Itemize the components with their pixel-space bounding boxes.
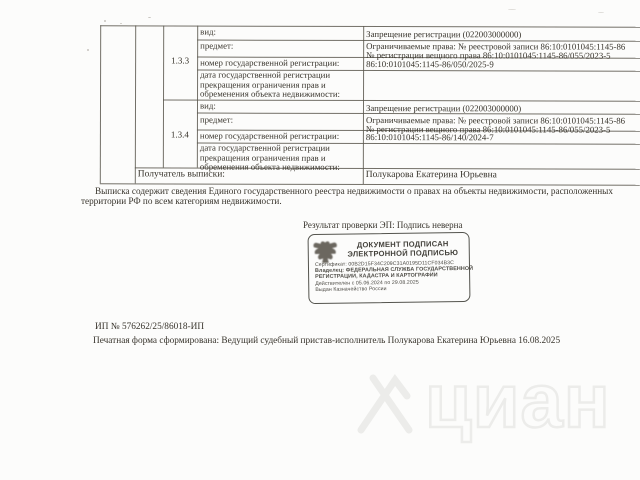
- row-index: 1.3.3: [163, 55, 197, 65]
- table-border: [163, 25, 164, 167]
- field-value-vid: Запрещение регистрации (022003000000): [366, 29, 521, 39]
- field-label-predmet: предмет:: [200, 116, 360, 126]
- table-border: [197, 26, 198, 168]
- scan-speck: [87, 49, 89, 51]
- stamp-owner-line2: РЕГИСТРАЦИИ, КАДАСТРА И КАРТОГРАФИИ: [315, 272, 438, 280]
- scan-speck: [120, 23, 122, 24]
- field-value-nomer: 86:10:0101045:1145-86/140/2024-7: [366, 132, 494, 142]
- field-label-data: дата государственной регистрации прекращ…: [200, 71, 360, 100]
- row-index: 1.3.4: [163, 129, 197, 139]
- field-label-predmet: предмет:: [200, 42, 360, 52]
- field-label-nomer: номер государственной регистрации:: [200, 132, 360, 142]
- field-label-data: дата государственной регистрации прекращ…: [200, 144, 360, 173]
- scanned-document-page: 1.3.3 вид: Запрещение регистрации (02200…: [0, 0, 640, 480]
- table-border: [135, 25, 136, 183]
- scan-speck: [104, 20, 106, 22]
- enforcement-case-number: ИП № 576262/25/86018-ИП: [95, 322, 204, 332]
- recipient-label: Получатель выписки:: [138, 169, 225, 179]
- recipient-value: Полукарова Екатерина Юрьевна: [366, 170, 497, 180]
- table-border: [363, 26, 364, 184]
- cian-watermark-text: циан: [425, 358, 611, 445]
- printed-form-info: Печатная форма сформирована: Ведущий суд…: [93, 336, 560, 346]
- field-label-vid: вид:: [200, 28, 360, 38]
- scan-speck: [508, 9, 516, 10]
- table-border: [100, 25, 101, 183]
- field-value-nomer: 86:10:0101045:1145-86/050/2025-9: [366, 59, 494, 69]
- cian-house-icon: [353, 368, 428, 438]
- stamp-title-line2: ЭЛЕКТРОННОЙ ПОДПИСЬЮ: [341, 248, 465, 259]
- table-border: [100, 25, 640, 27]
- signature-check-result: Результат проверки ЭП: Подпись неверна: [303, 220, 462, 230]
- note-paragraph-line2: территории РФ по всем категориям недвижи…: [81, 196, 282, 206]
- field-value-vid: Запрещение регистрации (022003000000): [366, 103, 521, 113]
- scan-speck: [148, 17, 151, 18]
- stamp-issuer: Выдан Казначейство России: [315, 286, 386, 293]
- cian-watermark: циан: [345, 362, 640, 442]
- field-label-nomer: номер государственной регистрации:: [200, 59, 360, 69]
- digital-signature-stamp: ДОКУМЕНТ ПОДПИСАН ЭЛЕКТРОННОЙ ПОДПИСЬЮ С…: [308, 232, 471, 304]
- note-paragraph-line1: Выписка содержит сведения Единого госуда…: [95, 186, 613, 196]
- field-label-vid: вид:: [200, 102, 360, 112]
- scan-speck: [598, 12, 604, 13]
- registration-table: 1.3.3 вид: Запрещение регистрации (02200…: [100, 25, 640, 184]
